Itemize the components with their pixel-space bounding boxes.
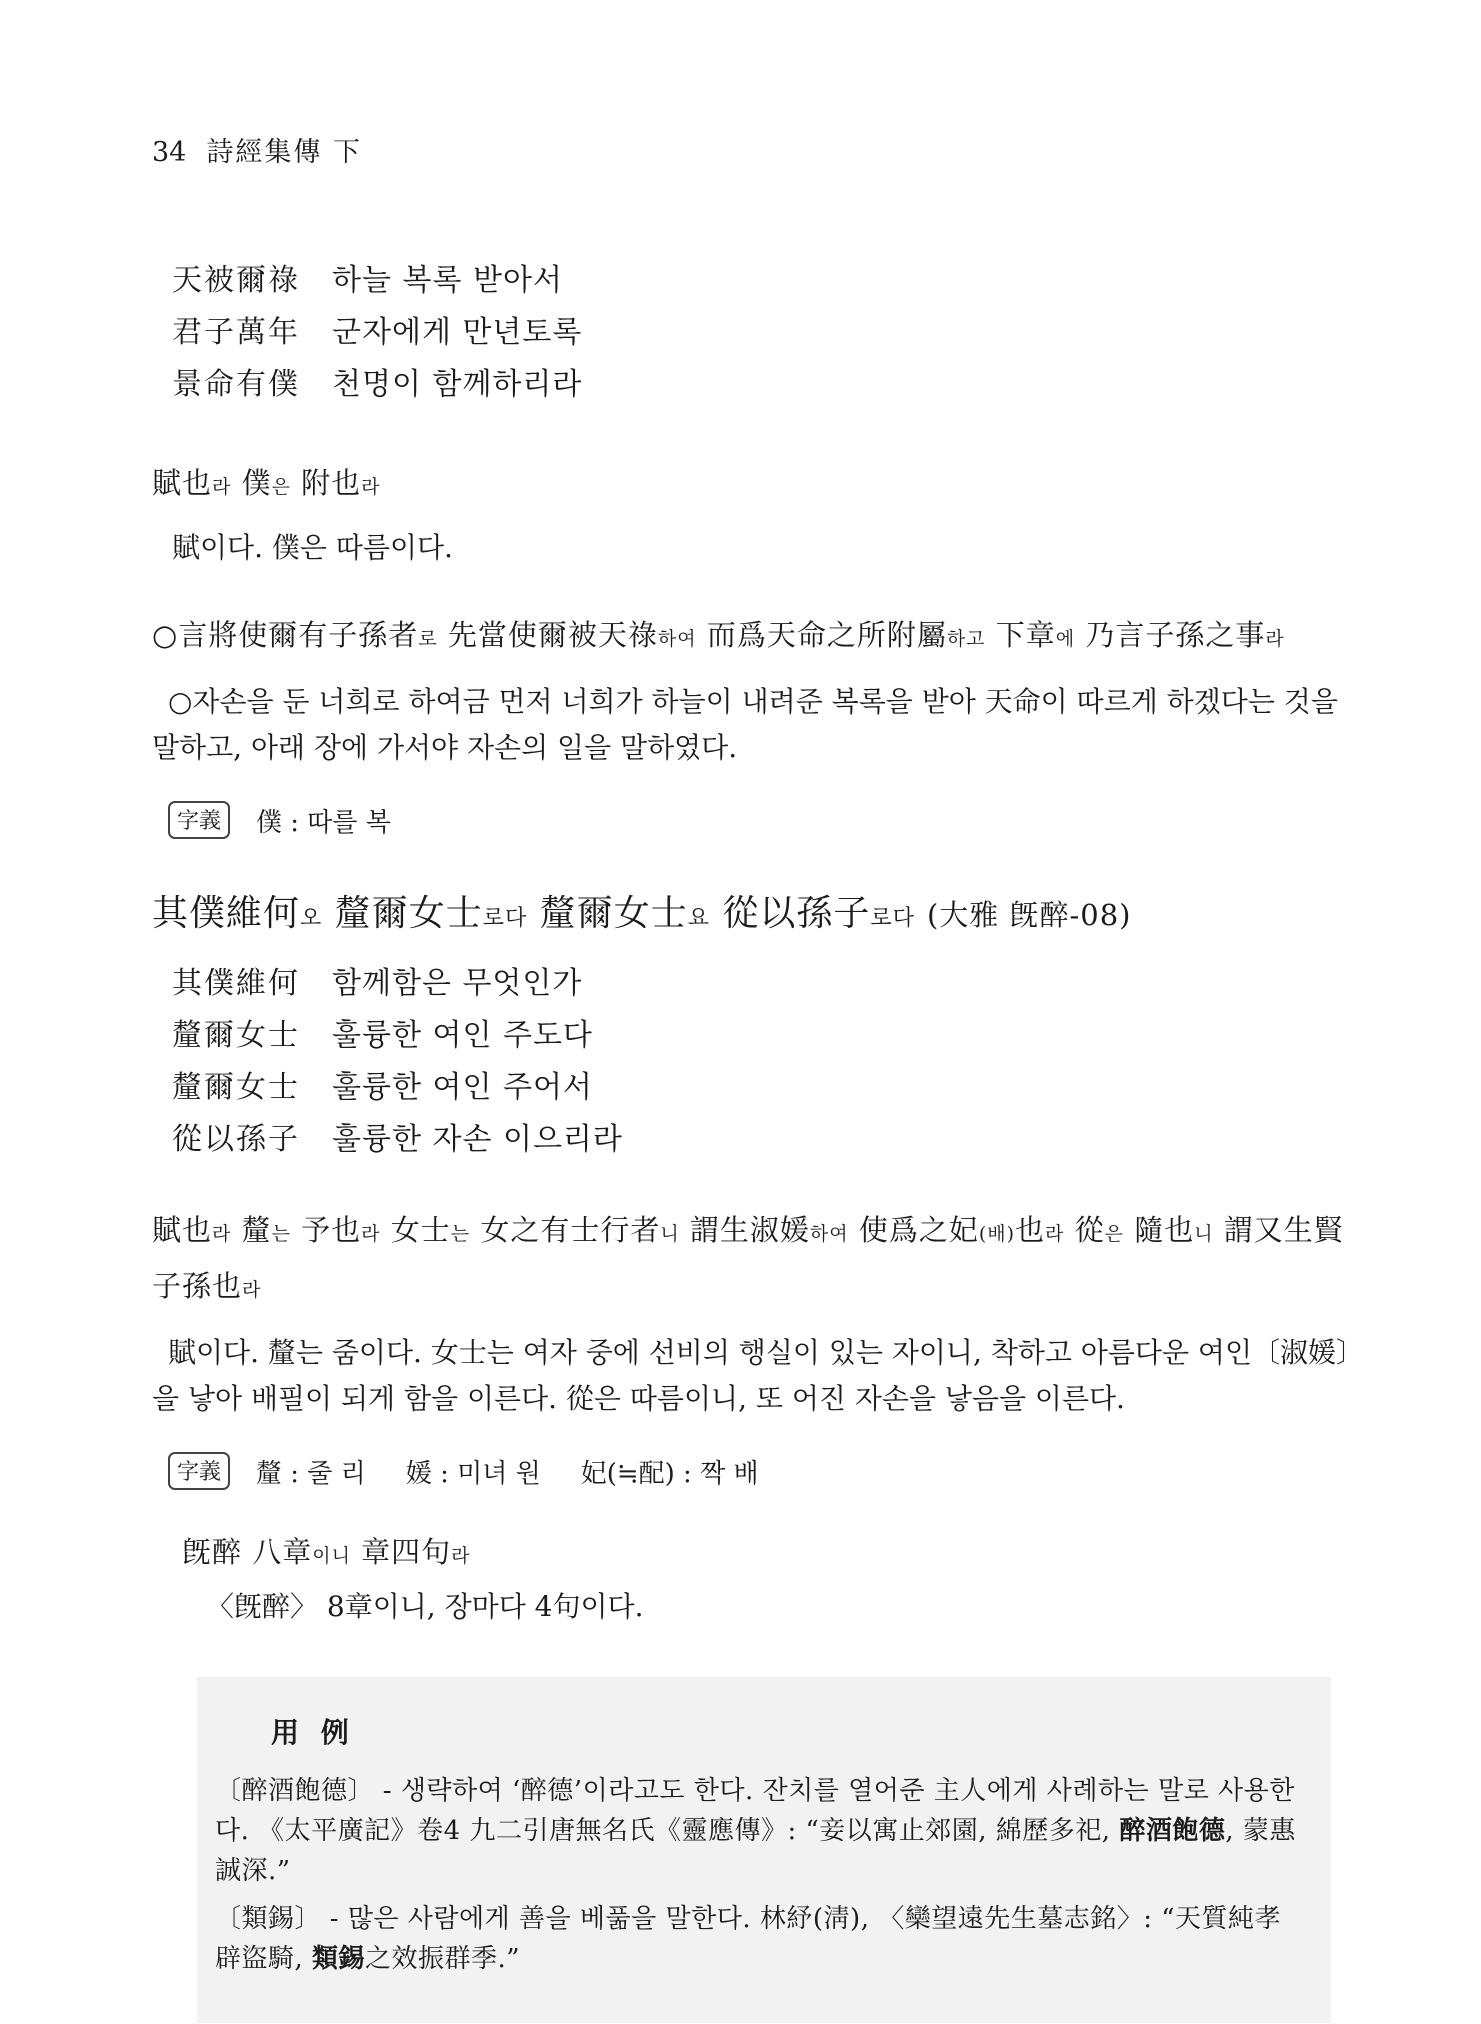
usage-example-item: 〔醉酒飽德〕 - 생략하여 ‘醉德’이라고도 한다. 잔치를 열어준 主人에게 … [215, 1771, 1307, 1891]
verse-line: 其僕維何 함께함은 무엇인가 [172, 958, 1355, 1010]
verse-hanmun: 其僕維何 [172, 958, 332, 1010]
jaui-line: 字義 釐 : 줄 리 媛 : 미녀 원 妃(≒配) : 짝 배 [168, 1452, 1355, 1490]
gloss-hanmun: 賦也라 僕은 附也라 [152, 457, 1355, 513]
stanza-heading: 其僕維何오 釐爾女士로다 釐爾女士요 從以孫子로다(大雅 旣醉-08) [152, 885, 1355, 936]
verse-korean: 훌륭한 여인 주도다 [332, 1010, 593, 1062]
verse-block-2: 其僕維何 함께함은 무엇인가 釐爾女士 훌륭한 여인 주도다 釐爾女士 훌륭한 … [172, 958, 1355, 1166]
verse-hanmun: 釐爾女士 [172, 1010, 332, 1062]
verse-line: 釐爾女士 훌륭한 여인 주어서 [172, 1062, 1355, 1114]
usage-example-item: 〔類錫〕 - 많은 사람에게 善을 베풂을 말한다. 林紓(淸), 〈欒望遠先生… [215, 1899, 1307, 1979]
jaui-label-box: 字義 [168, 801, 230, 839]
jaui-entry: 妃(≒配) : 짝 배 [581, 1453, 759, 1490]
verse-hanmun: 景命有僕 [172, 359, 332, 411]
commentary-hanmun: ○言將使爾有子孫者로 先當使爾被天祿하여 而爲天命之所附屬하고 下章에 乃言子孫… [152, 609, 1355, 665]
verse-line: 從以孫子 훌륭한 자손 이으리라 [172, 1114, 1355, 1166]
gloss-korean: 賦이다. 釐는 줌이다. 女士는 여자 중에 선비의 행실이 있는 자이니, 착… [152, 1330, 1355, 1422]
verse-korean: 훌륭한 여인 주어서 [332, 1062, 593, 1114]
running-header: 34詩經集傳 下 [152, 130, 1355, 169]
usage-box-title: 用 例 [271, 1711, 1307, 1751]
page-number: 34 [152, 137, 186, 168]
verse-hanmun: 君子萬年 [172, 307, 332, 359]
book-page: 34詩經集傳 下 天被爾祿 하늘 복록 받아서 君子萬年 군자에게 만년토록 景… [0, 0, 1481, 2024]
verse-korean: 군자에게 만년토록 [332, 307, 582, 359]
verse-hanmun: 從以孫子 [172, 1114, 332, 1166]
gloss-hanmun: 賦也라 釐는 予也라 女士는 女之有士行者니 謂生淑媛하여 使爲之妃(배)也라 … [152, 1204, 1355, 1316]
jaui-entry: 釐 : 줄 리 [256, 1453, 366, 1490]
book-title: 詩經集傳 下 [206, 137, 362, 168]
verse-korean: 천명이 함께하리라 [332, 359, 582, 411]
jaui-entry: 僕 : 따를 복 [256, 802, 391, 839]
stanza-heading-hanmun: 其僕維何오 釐爾女士로다 釐爾女士요 從以孫子로다 [152, 893, 915, 934]
verse-block-1: 天被爾祿 하늘 복록 받아서 君子萬年 군자에게 만년토록 景命有僕 천명이 함… [172, 255, 1355, 411]
jaui-label-box: 字義 [168, 1452, 230, 1490]
stanza-reference: (大雅 旣醉-08) [927, 898, 1132, 932]
verse-line: 景命有僕 천명이 함께하리라 [172, 359, 1355, 411]
chapter-closing-korean: 〈旣醉〉 8章이니, 장마다 4句이다. [206, 1585, 1355, 1625]
verse-line: 君子萬年 군자에게 만년토록 [172, 307, 1355, 359]
jaui-line: 字義 僕 : 따를 복 [168, 801, 1355, 839]
commentary-korean: ○자손을 둔 너희로 하여금 먼저 너희가 하늘이 내려준 복록을 받아 天命이… [152, 679, 1355, 771]
verse-line: 釐爾女士 훌륭한 여인 주도다 [172, 1010, 1355, 1062]
verse-korean: 함께함은 무엇인가 [332, 958, 582, 1010]
verse-korean: 훌륭한 자손 이으리라 [332, 1114, 623, 1166]
chapter-closing-hanmun: 旣醉 八章이니 章四句라 [182, 1530, 1355, 1571]
usage-examples-box: 用 例 〔醉酒飽德〕 - 생략하여 ‘醉德’이라고도 한다. 잔치를 열어준 主… [197, 1677, 1331, 2023]
verse-line: 天被爾祿 하늘 복록 받아서 [172, 255, 1355, 307]
jaui-entry: 媛 : 미녀 원 [406, 1453, 541, 1490]
verse-hanmun: 釐爾女士 [172, 1062, 332, 1114]
verse-korean: 하늘 복록 받아서 [332, 255, 563, 307]
gloss-korean: 賦이다. 僕은 따름이다. [152, 525, 1355, 571]
verse-hanmun: 天被爾祿 [172, 255, 332, 307]
